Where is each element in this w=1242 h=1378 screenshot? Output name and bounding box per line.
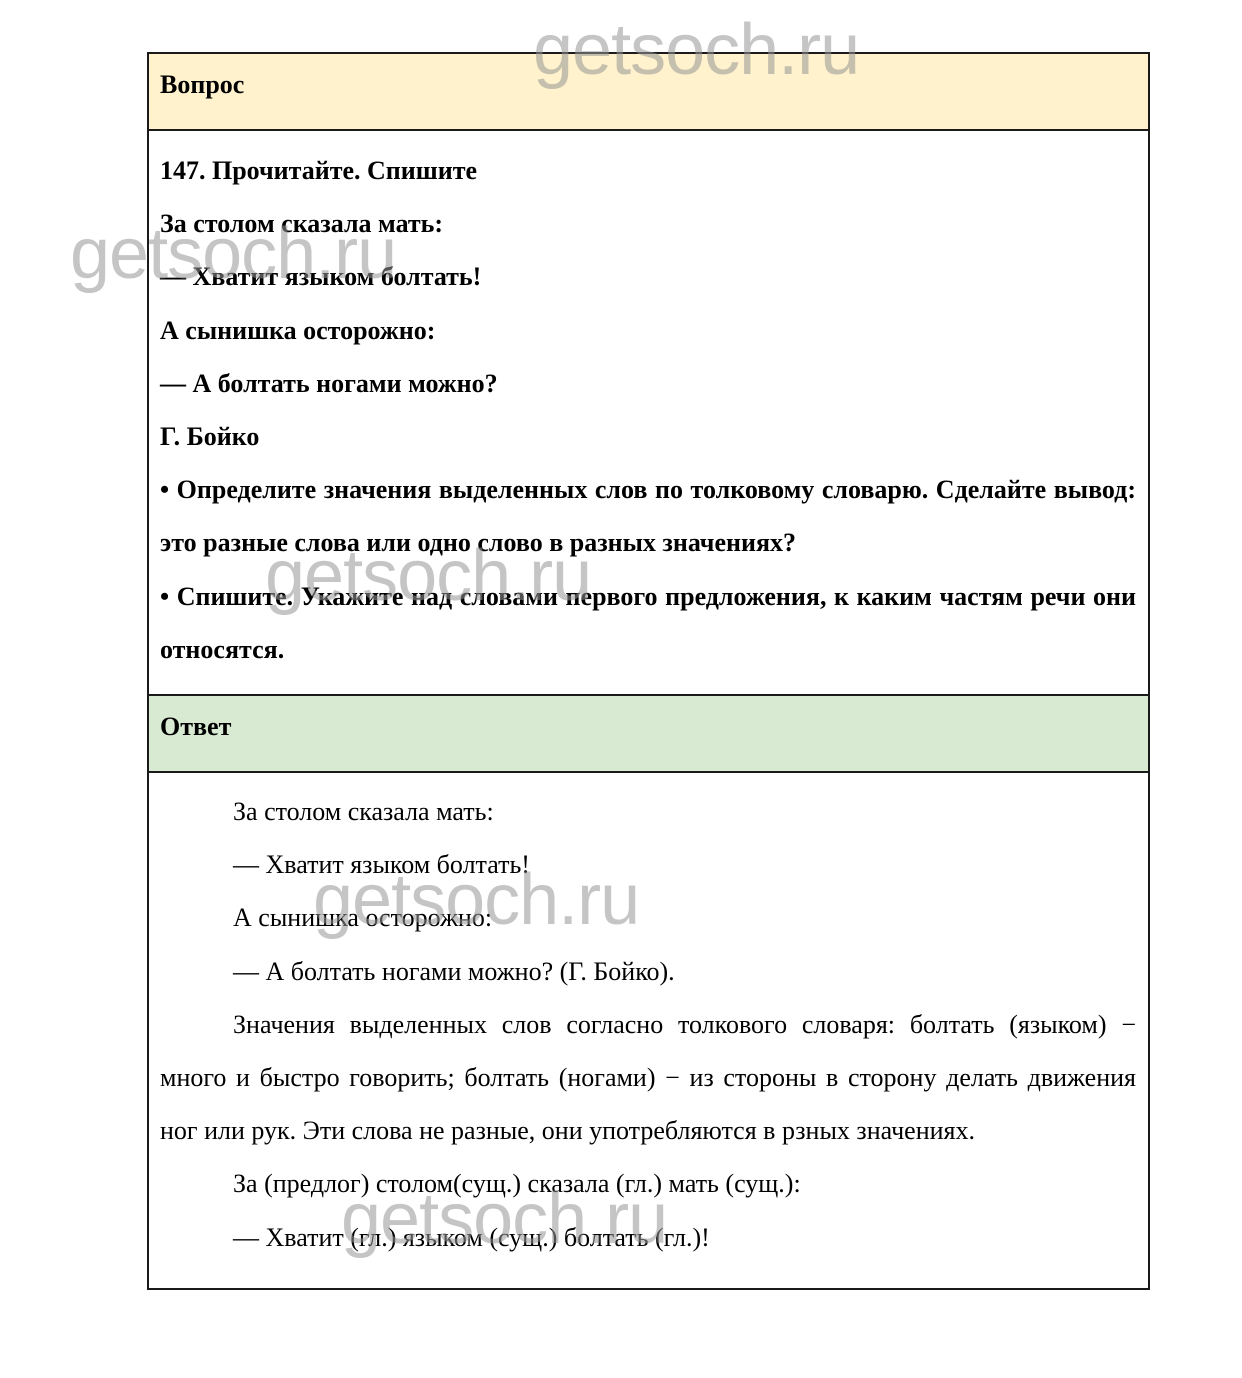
- question-author: Г. Бойко: [160, 410, 1136, 463]
- qa-table: Вопрос 147. Прочитайте. Спишите За столо…: [147, 52, 1150, 1290]
- question-header: Вопрос: [149, 54, 1148, 131]
- question-line: За столом сказала мать:: [160, 197, 1136, 250]
- answer-header: Ответ: [149, 696, 1148, 773]
- question-title: 147. Прочитайте. Спишите: [160, 144, 1136, 197]
- answer-poem-line: — Хватит языком болтать!: [160, 838, 1136, 891]
- answer-parsed-line: За (предлог) столом(сущ.) сказала (гл.) …: [160, 1157, 1136, 1210]
- answer-poem-line: А сынишка осторожно:: [160, 891, 1136, 944]
- question-body: 147. Прочитайте. Спишите За столом сказа…: [149, 131, 1148, 696]
- question-header-title: Вопрос: [160, 68, 1136, 102]
- question-task: • Определите значения выделенных слов по…: [160, 463, 1136, 569]
- answer-explanation: Значения выделенных слов согласно толков…: [160, 998, 1136, 1158]
- question-line: — Хватит языком болтать!: [160, 250, 1136, 303]
- answer-poem-line: — А болтать ногами можно? (Г. Бойко).: [160, 945, 1136, 998]
- answer-parsed-line: — Хватит (гл.) языком (сущ.) болтать (гл…: [160, 1211, 1136, 1264]
- question-line: — А болтать ногами можно?: [160, 357, 1136, 410]
- question-task: • Спишите. Укажите над словами первого п…: [160, 570, 1136, 676]
- answer-poem-line: За столом сказала мать:: [160, 785, 1136, 838]
- answer-header-title: Ответ: [160, 710, 1136, 744]
- question-line: А сынишка осторожно:: [160, 304, 1136, 357]
- answer-body: За столом сказала мать: — Хватит языком …: [149, 773, 1148, 1288]
